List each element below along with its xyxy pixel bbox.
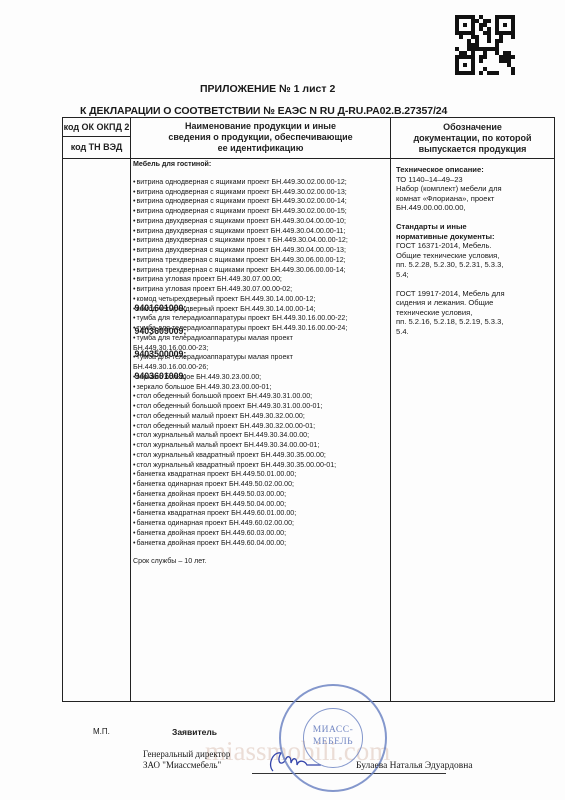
tn-ved-code: 9401601000; [135,303,187,313]
list-item: банкетка одинарная проект БН.449.50.02.0… [133,480,390,490]
list-item: стол журнальный малый проект БН.449.30.3… [133,431,390,441]
products-cell: Мебель для гостиной: витрина однодверная… [131,159,391,702]
position-line: ЗАО "Миассмебель" [143,760,230,771]
list-item: банкетка одинарная проект БН.449.60.02.0… [133,519,390,529]
declaration-table: код ОК ОКПД 2 Наименование продукции и и… [62,117,555,702]
section-title: Мебель для гостиной: [133,159,390,170]
list-item: банкетка квадратная проект БН.449.50.01.… [133,470,390,480]
list-item: стол обеденный малый проект БН.449.30.32… [133,412,390,422]
seal-mark: М.П. [93,727,110,736]
list-item: витрина трехдверная с ящиками проект БН.… [133,256,390,266]
list-item: витрина однодверная с ящиками проект БН.… [133,178,390,188]
header-doc-line: документации, по которой [391,133,554,144]
position-line: Генеральный директор [143,749,230,760]
standard-text: Общие технические условия, [396,251,554,261]
documentation-cell: Техническое описание: ТО 1140–14–49–23 Н… [391,159,555,702]
list-item: стол журнальный квадратный проект БН.449… [133,461,390,471]
company-stamp: МИАСС- МЕБЕЛЬ [279,684,387,792]
standard-text: ГОСТ 19917-2014, Мебель для [396,289,554,299]
list-item: стол обеденный большой проект БН.449.30.… [133,392,390,402]
list-item: зеркало большое БН.449.30.23.00.00-01; [133,383,390,393]
standard-text: 5.4. [396,327,554,337]
list-item: витрина двухдверная с ящиками проект БН.… [133,246,390,256]
tn-ved-code: 9403500009; [135,349,187,359]
header-documentation: Обозначение документации, по которой вып… [391,118,555,159]
list-item: витрина двухдверная с ящиками проект БН.… [133,227,390,237]
header-product-line: ее идентификацию [131,143,390,154]
standard-text: технические условия, [396,308,554,318]
list-item: тумба для телерадиоаппаратуры проект БН.… [133,314,390,324]
tech-desc-code: ТО 1140–14–49–23 [396,175,554,185]
list-item: банкетка двойная проект БН.449.50.04.00.… [133,500,390,510]
list-item: витрина однодверная с ящиками проект БН.… [133,197,390,207]
header-product-line: сведения о продукции, обеспечивающие [131,132,390,143]
tn-ved-code: 9403601009; [135,371,187,381]
standard-text: пп. 5.2.16, 5.2.18, 5.2.19, 5.3.3, [396,317,554,327]
header-okpd-code: код ОК ОКПД 2 [63,118,131,137]
standards-label: нормативные документы: [396,232,554,242]
list-item: стол обеденный большой проект БН.449.30.… [133,402,390,412]
product-list: витрина однодверная с ящиками проект БН.… [133,178,390,549]
list-item: витрина однодверная с ящиками проект БН.… [133,188,390,198]
list-item: стол журнальный малый проект БН.449.30.3… [133,441,390,451]
header-product: Наименование продукции и иные сведения о… [131,118,391,159]
standard-text: пп. 5.2.28, 5.2.30, 5.2.31, 5.3.3, [396,260,554,270]
standards-label: Стандарты и иные [396,222,554,232]
standard-text: сидения и лежания. Общие [396,298,554,308]
signatory-name: Булаева Наталья Эдуардовна [356,761,473,771]
list-item: витрина трехдверная с ящиками проект БН.… [133,266,390,276]
list-item: витрина двухдверная с ящиками проект БН.… [133,217,390,227]
list-item: стол обеденный малый проект БН.449.30.32… [133,422,390,432]
tech-desc-label: Техническое описание: [396,165,554,175]
list-item: витрина угловая проект БН.449.30.07.00.0… [133,275,390,285]
header-doc-line: выпускается продукция [391,144,554,155]
header-product-line: Наименование продукции и иные [131,121,390,132]
list-item: банкетка квадратная проект БН.449.60.01.… [133,509,390,519]
list-item: стол журнальный квадратный проект БН.449… [133,451,390,461]
stamp-text: МЕБЕЛЬ [305,736,361,748]
stamp-text: МИАСС- [305,724,361,736]
list-item: банкетка двойная проект БН.449.60.04.00.… [133,539,390,549]
list-item: витрина двухдверная с ящиками проек т БН… [133,236,390,246]
tech-desc-text: комнат «Флориана», проект [396,194,554,204]
tech-desc-text: БН.449.00.00.00.00, [396,203,554,213]
list-item: витрина угловая проект БН.449.30.07.00.0… [133,285,390,295]
service-life: Срок службы – 10 лет. [133,557,390,567]
tn-ved-code: 9403609009; [135,326,187,336]
qr-code-icon [455,15,515,75]
signatory-position: Генеральный директор ЗАО "Миассмебель" [143,749,230,771]
list-item: банкетка двойная проект БН.449.60.03.00.… [133,529,390,539]
list-item: витрина однодверная с ящиками проект БН.… [133,207,390,217]
header-tn-ved-code: код ТН ВЭД [63,137,131,159]
standard-text: ГОСТ 16371-2014, Мебель. [396,241,554,251]
declaration-title: К ДЕКЛАРАЦИИ О СООТВЕТСТВИИ № ЕАЭС N RU … [80,105,447,117]
header-doc-line: Обозначение [391,122,554,133]
list-item: банкетка двойная проект БН.449.50.03.00.… [133,490,390,500]
tech-desc-text: Набор (комплект) мебели для [396,184,554,194]
appendix-title: ПРИЛОЖЕНИЕ № 1 лист 2 [200,83,335,95]
codes-cell: 9401601000; 9403609009; 9403500009; 9403… [63,159,131,702]
standard-text: 5.4; [396,270,554,280]
